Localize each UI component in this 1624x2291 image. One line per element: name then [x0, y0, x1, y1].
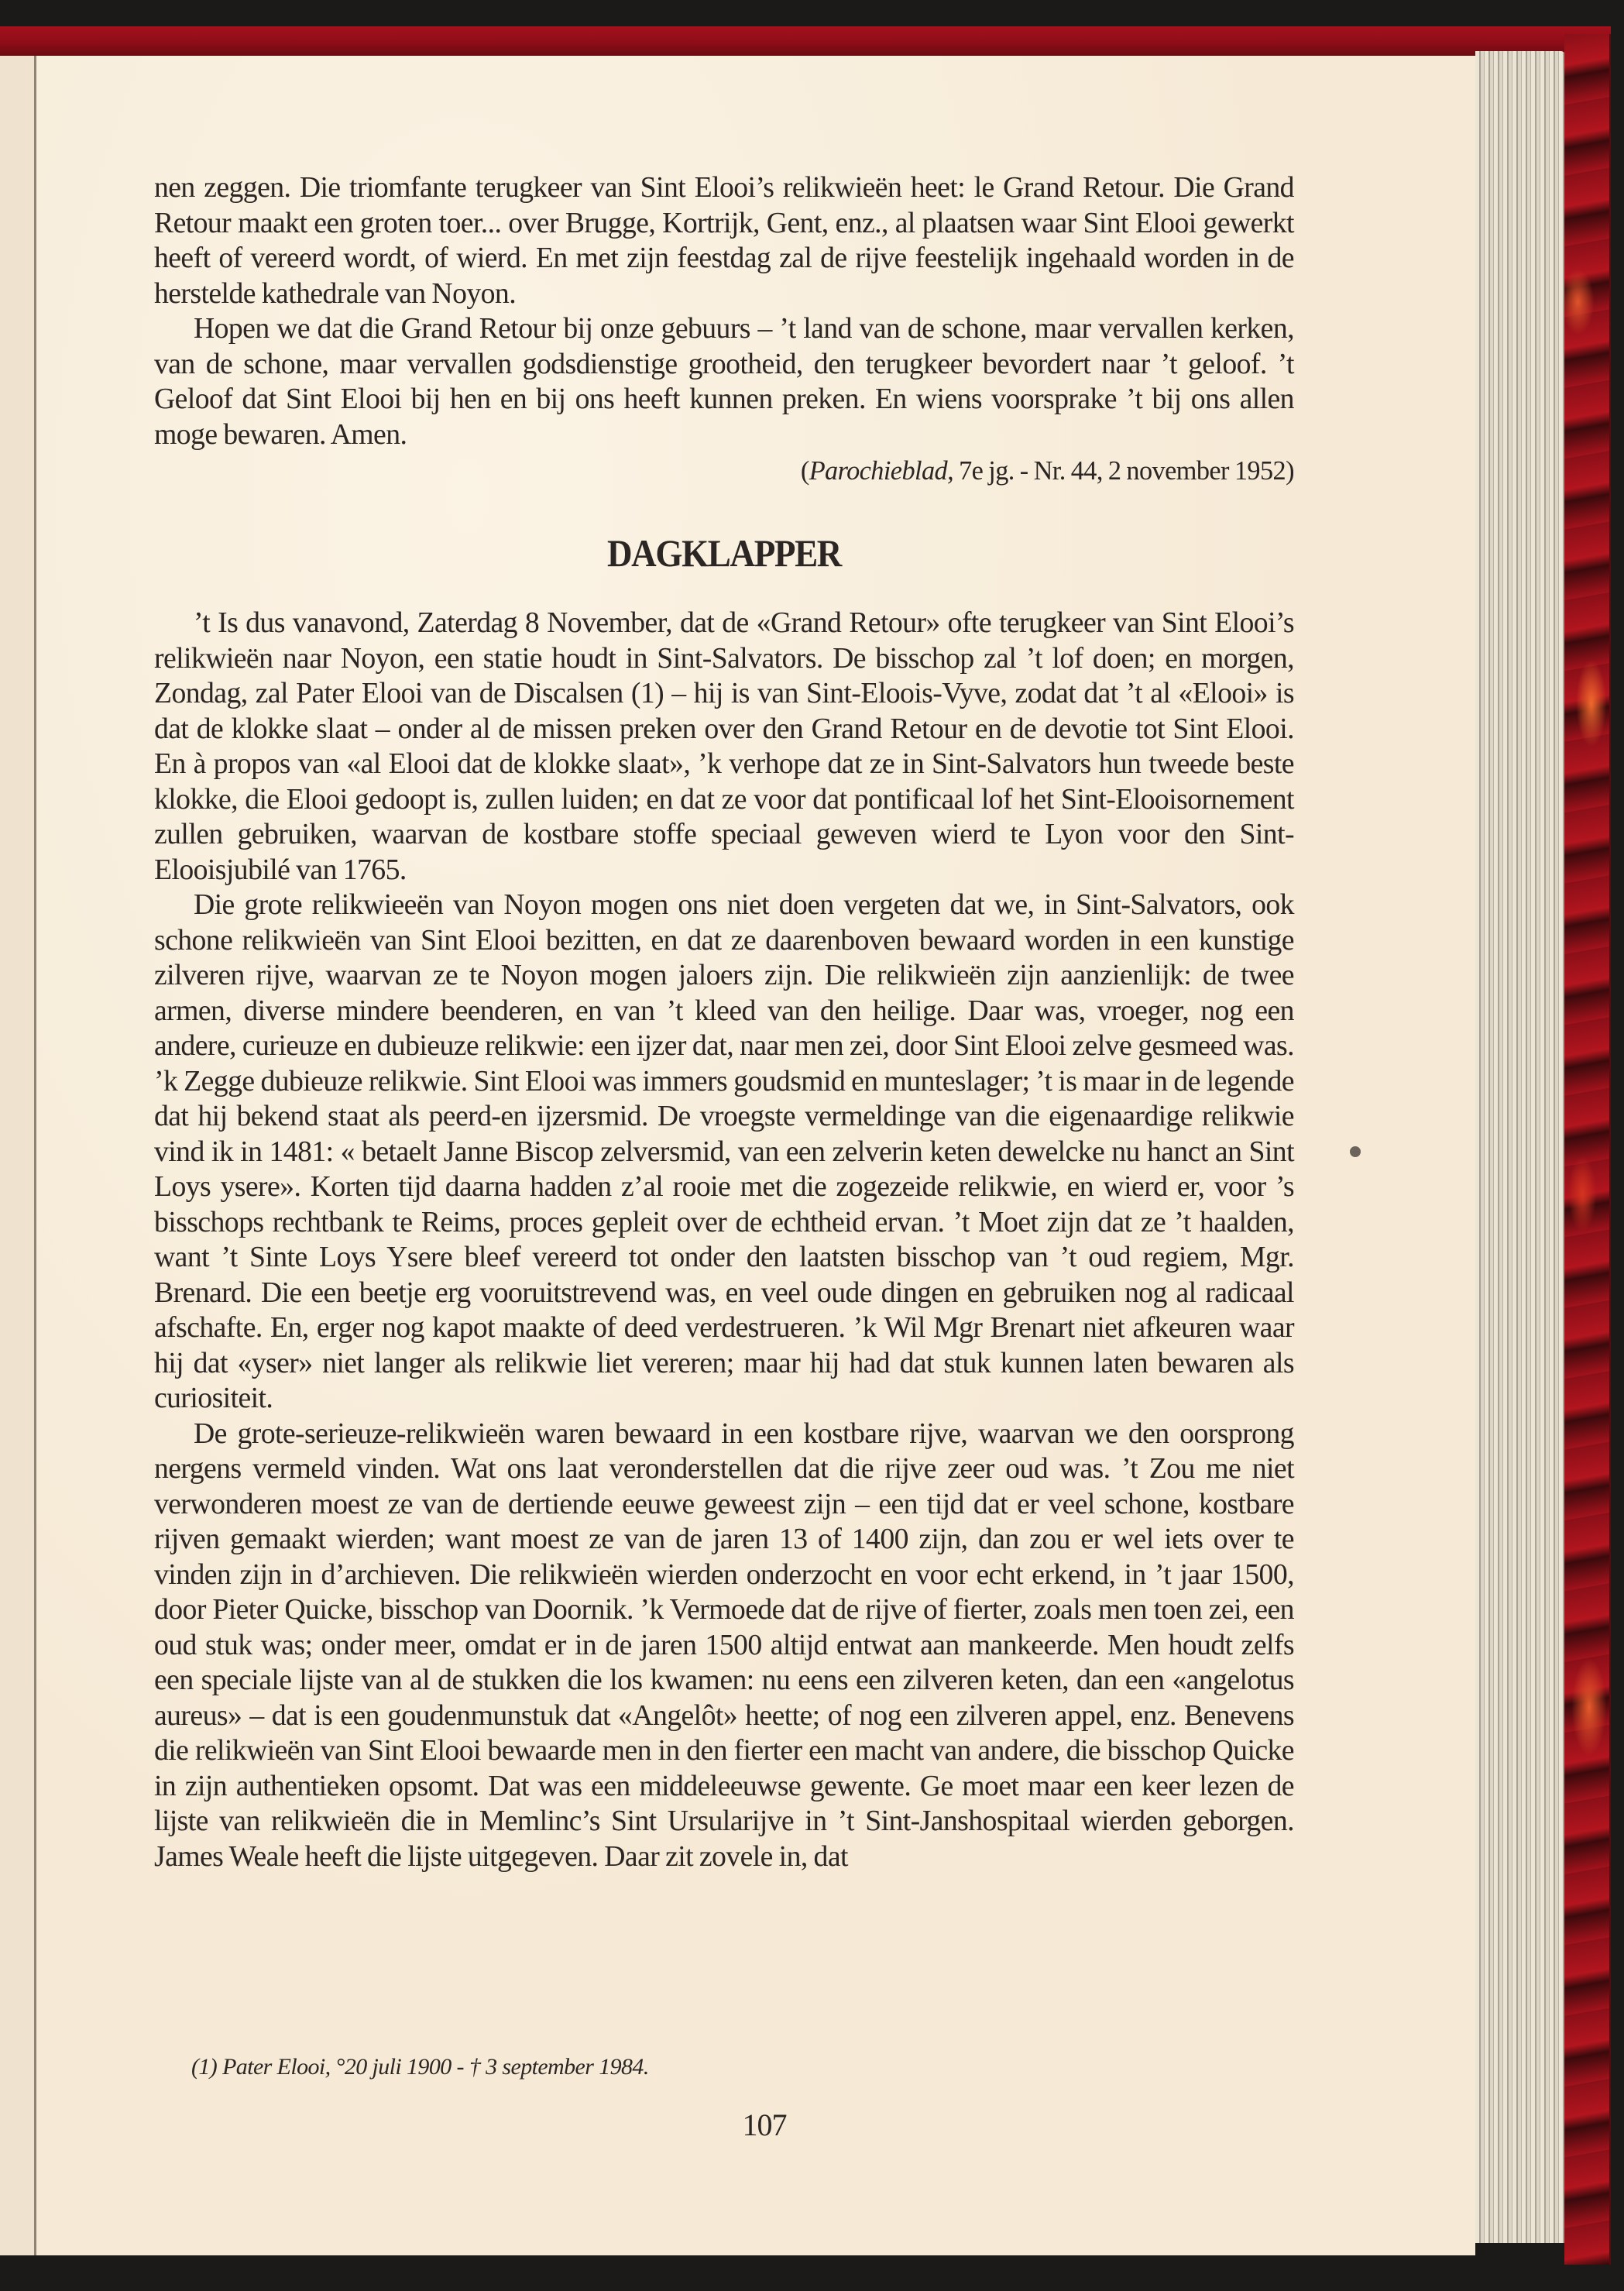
source-citation: (Parochieblad, 7e jg. - Nr. 44, 2 novemb…	[154, 452, 1294, 489]
previous-page-edge	[0, 56, 36, 2255]
page-number: 107	[737, 2107, 791, 2143]
marbled-cover-edge	[1564, 34, 1611, 2265]
source-open-paren: (	[801, 455, 809, 486]
source-publication: Parochieblad,	[809, 455, 953, 486]
section-heading: DAGKLAPPER	[200, 530, 1248, 576]
ink-spot	[1350, 1146, 1361, 1157]
book-page: nen zeggen. Die triomfante terugkeer van…	[36, 56, 1475, 2255]
paragraph: nen zeggen. Die triomfante terugkeer van…	[154, 170, 1294, 311]
footnote: (1) Pater Elooi, °20 juli 1900 - † 3 sep…	[191, 2054, 649, 2080]
book-binding-top	[0, 26, 1611, 56]
paragraph: De grote-serieuze-relikwieën waren bewaa…	[154, 1417, 1294, 1875]
page-body: nen zeggen. Die triomfante terugkeer van…	[154, 170, 1294, 1874]
source-details: 7e jg. - Nr. 44, 2 november 1952)	[953, 455, 1294, 486]
page-edges	[1475, 51, 1567, 2243]
paragraph: Die grote relikwieeën van Noyon mogen on…	[154, 888, 1294, 1417]
paragraph: ’t Is dus vanavond, Zaterdag 8 November,…	[154, 606, 1294, 888]
paragraph: Hopen we dat die Grand Retour bij onze g…	[154, 311, 1294, 452]
